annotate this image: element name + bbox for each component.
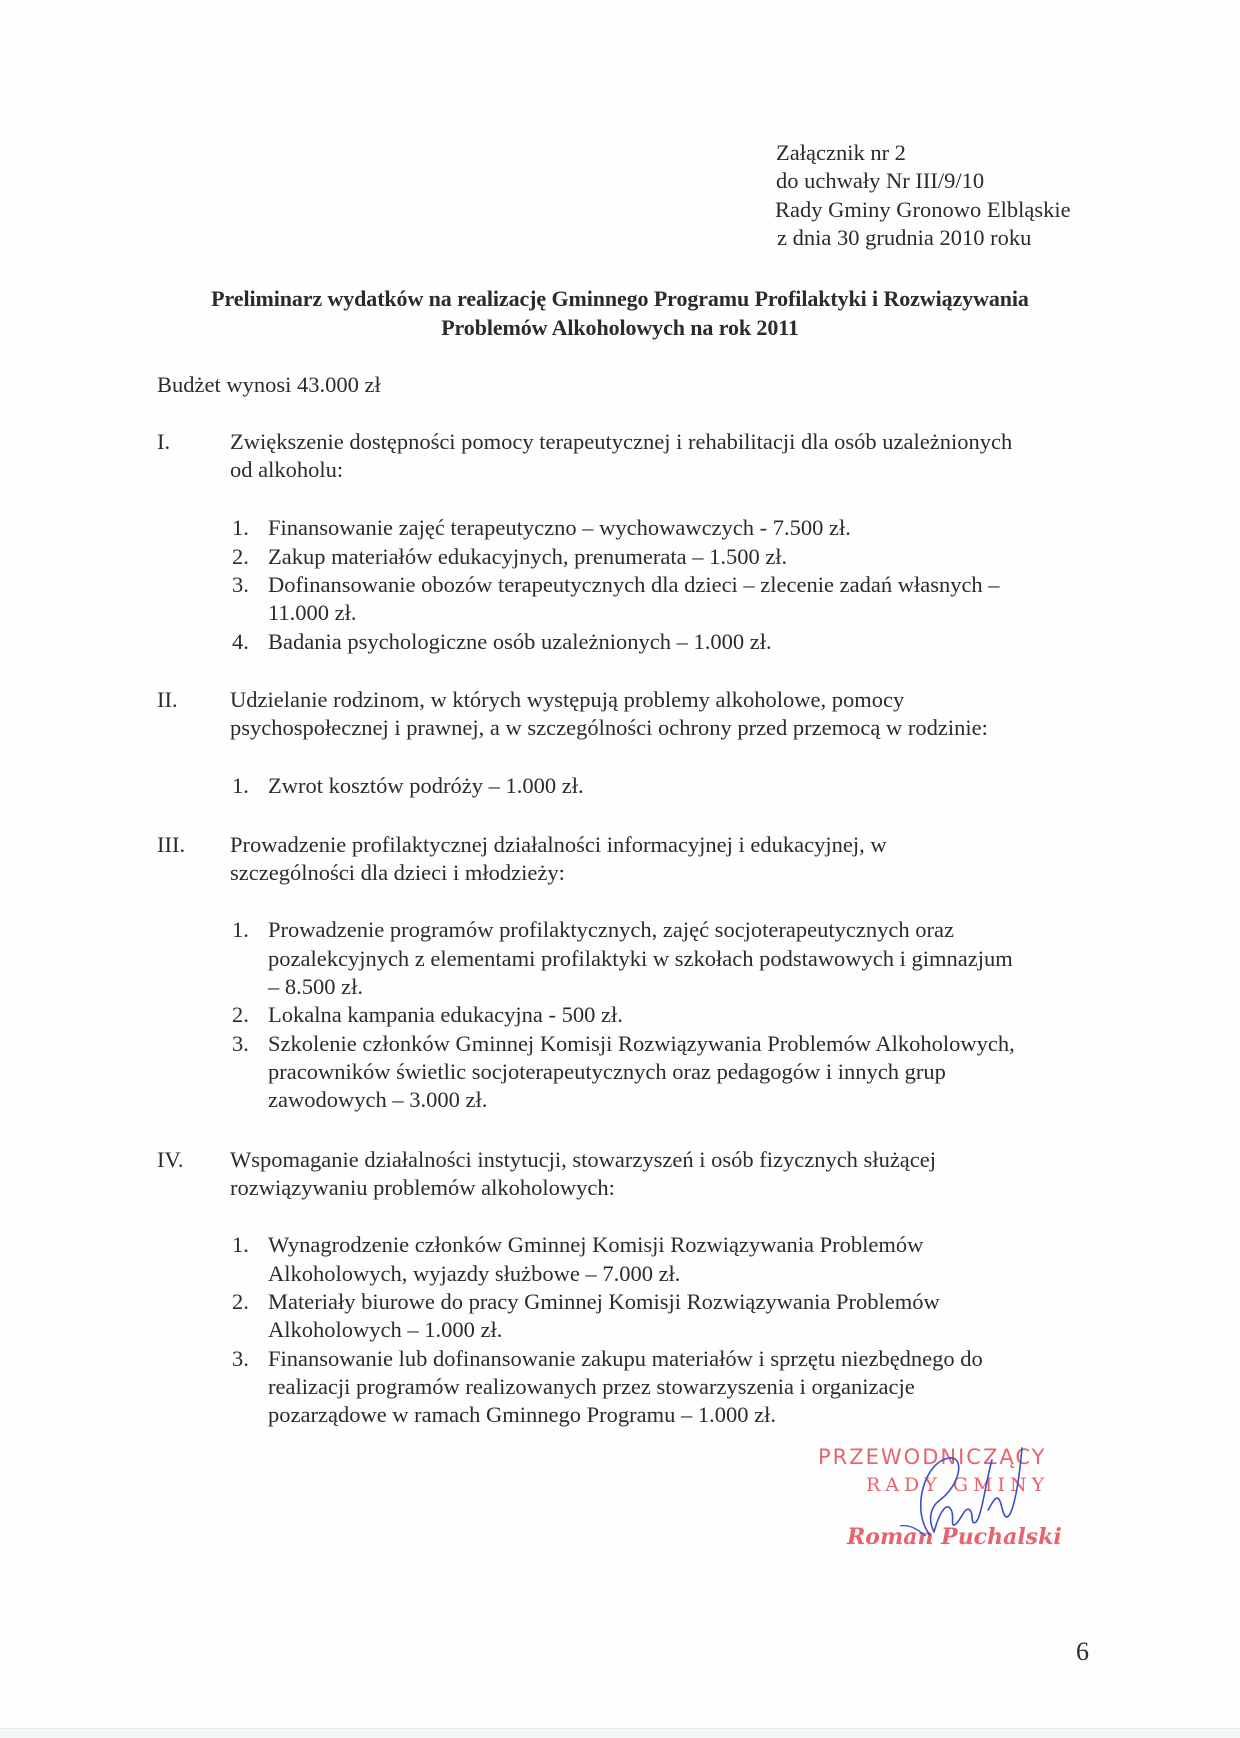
scan-bottom-edge — [0, 1728, 1240, 1738]
list-item-text: Finansowanie lub dofinansowanie zakupu m… — [268, 1345, 983, 1373]
list-item-text: Alkoholowych – 1.000 zł. — [268, 1316, 502, 1344]
list-item-text: Finansowanie zajęć terapeutyczno – wycho… — [268, 514, 851, 542]
list-item-number: 1. — [232, 772, 249, 800]
section-numeral: I. — [157, 428, 170, 456]
budget-total: Budżet wynosi 43.000 zł — [157, 371, 381, 399]
list-item-number: 1. — [232, 514, 249, 542]
document-title-line-1: Preliminarz wydatków na realizację Gminn… — [0, 284, 1240, 313]
list-item-text: Alkoholowych, wyjazdy służbowe – 7.000 z… — [268, 1260, 680, 1288]
list-item-number: 2. — [232, 543, 249, 571]
list-item-number: 2. — [232, 1001, 249, 1029]
header-line: Rady Gminy Gronowo Elbląskie — [775, 196, 1071, 224]
list-item-text: Materiały biurowe do pracy Gminnej Komis… — [268, 1288, 940, 1316]
list-item-number: 3. — [232, 571, 249, 599]
section-numeral: II. — [157, 686, 178, 714]
list-item-number: 1. — [232, 916, 249, 944]
list-item-text: 11.000 zł. — [268, 599, 357, 627]
list-item-text: Szkolenie członków Gminnej Komisji Rozwi… — [268, 1030, 1015, 1058]
section-heading-line: psychospołecznej i prawnej, a w szczegól… — [230, 714, 988, 742]
handwritten-signature-icon — [870, 1440, 1030, 1570]
section-heading-line: Zwiększenie dostępności pomocy terapeuty… — [230, 428, 1012, 456]
list-item-text: pozalekcyjnych z elementami profilaktyki… — [268, 945, 1013, 973]
section-heading-line: rozwiązywaniu problemów alkoholowych: — [230, 1174, 615, 1202]
list-item-number: 2. — [232, 1288, 249, 1316]
section-heading-line: Prowadzenie profilaktycznej działalności… — [230, 831, 887, 859]
header-line: do uchwały Nr III/9/10 — [776, 167, 1071, 195]
page-number: 6 — [1076, 1637, 1089, 1667]
list-item-text: pracowników świetlic socjoterapeutycznyc… — [268, 1058, 946, 1086]
document-page: Załącznik nr 2 do uchwały Nr III/9/10 Ra… — [0, 0, 1240, 1738]
list-item-text: – 8.500 zł. — [268, 973, 363, 1001]
list-item-text: zawodowych – 3.000 zł. — [268, 1086, 487, 1114]
list-item-text: Badania psychologiczne osób uzależnionyc… — [268, 628, 772, 656]
list-item-number: 1. — [232, 1231, 249, 1259]
list-item-text: Prowadzenie programów profilaktycznych, … — [268, 916, 954, 944]
section-heading-line: Wspomaganie działalności instytucji, sto… — [230, 1146, 936, 1174]
list-item-text: Wynagrodzenie członków Gminnej Komisji R… — [268, 1231, 923, 1259]
document-title-line-2: Problemów Alkoholowych na rok 2011 — [0, 313, 1240, 342]
list-item-text: realizacji programów realizowanych przez… — [268, 1373, 915, 1401]
list-item-text: pozarządowe w ramach Gminnego Programu –… — [268, 1401, 776, 1429]
list-item-text: Zakup materiałów edukacyjnych, prenumera… — [268, 543, 787, 571]
section-numeral: III. — [157, 831, 185, 859]
list-item-number: 4. — [232, 628, 249, 656]
section-heading-line: Udzielanie rodzinom, w których występują… — [230, 686, 904, 714]
list-item-number: 3. — [232, 1030, 249, 1058]
section-heading-line: od alkoholu: — [230, 456, 343, 484]
list-item-number: 3. — [232, 1345, 249, 1373]
list-item-text: Lokalna kampania edukacyjna - 500 zł. — [268, 1001, 623, 1029]
section-numeral: IV. — [157, 1146, 183, 1174]
section-heading-line: szczególności dla dzieci i młodzieży: — [230, 859, 565, 887]
header-line: z dnia 30 grudnia 2010 roku — [777, 224, 1071, 252]
list-item-text: Dofinansowanie obozów terapeutycznych dl… — [268, 571, 1000, 599]
list-item-text: Zwrot kosztów podróży – 1.000 zł. — [268, 772, 584, 800]
header-line: Załącznik nr 2 — [776, 139, 1071, 167]
attachment-header: Załącznik nr 2 do uchwały Nr III/9/10 Ra… — [776, 139, 1071, 252]
